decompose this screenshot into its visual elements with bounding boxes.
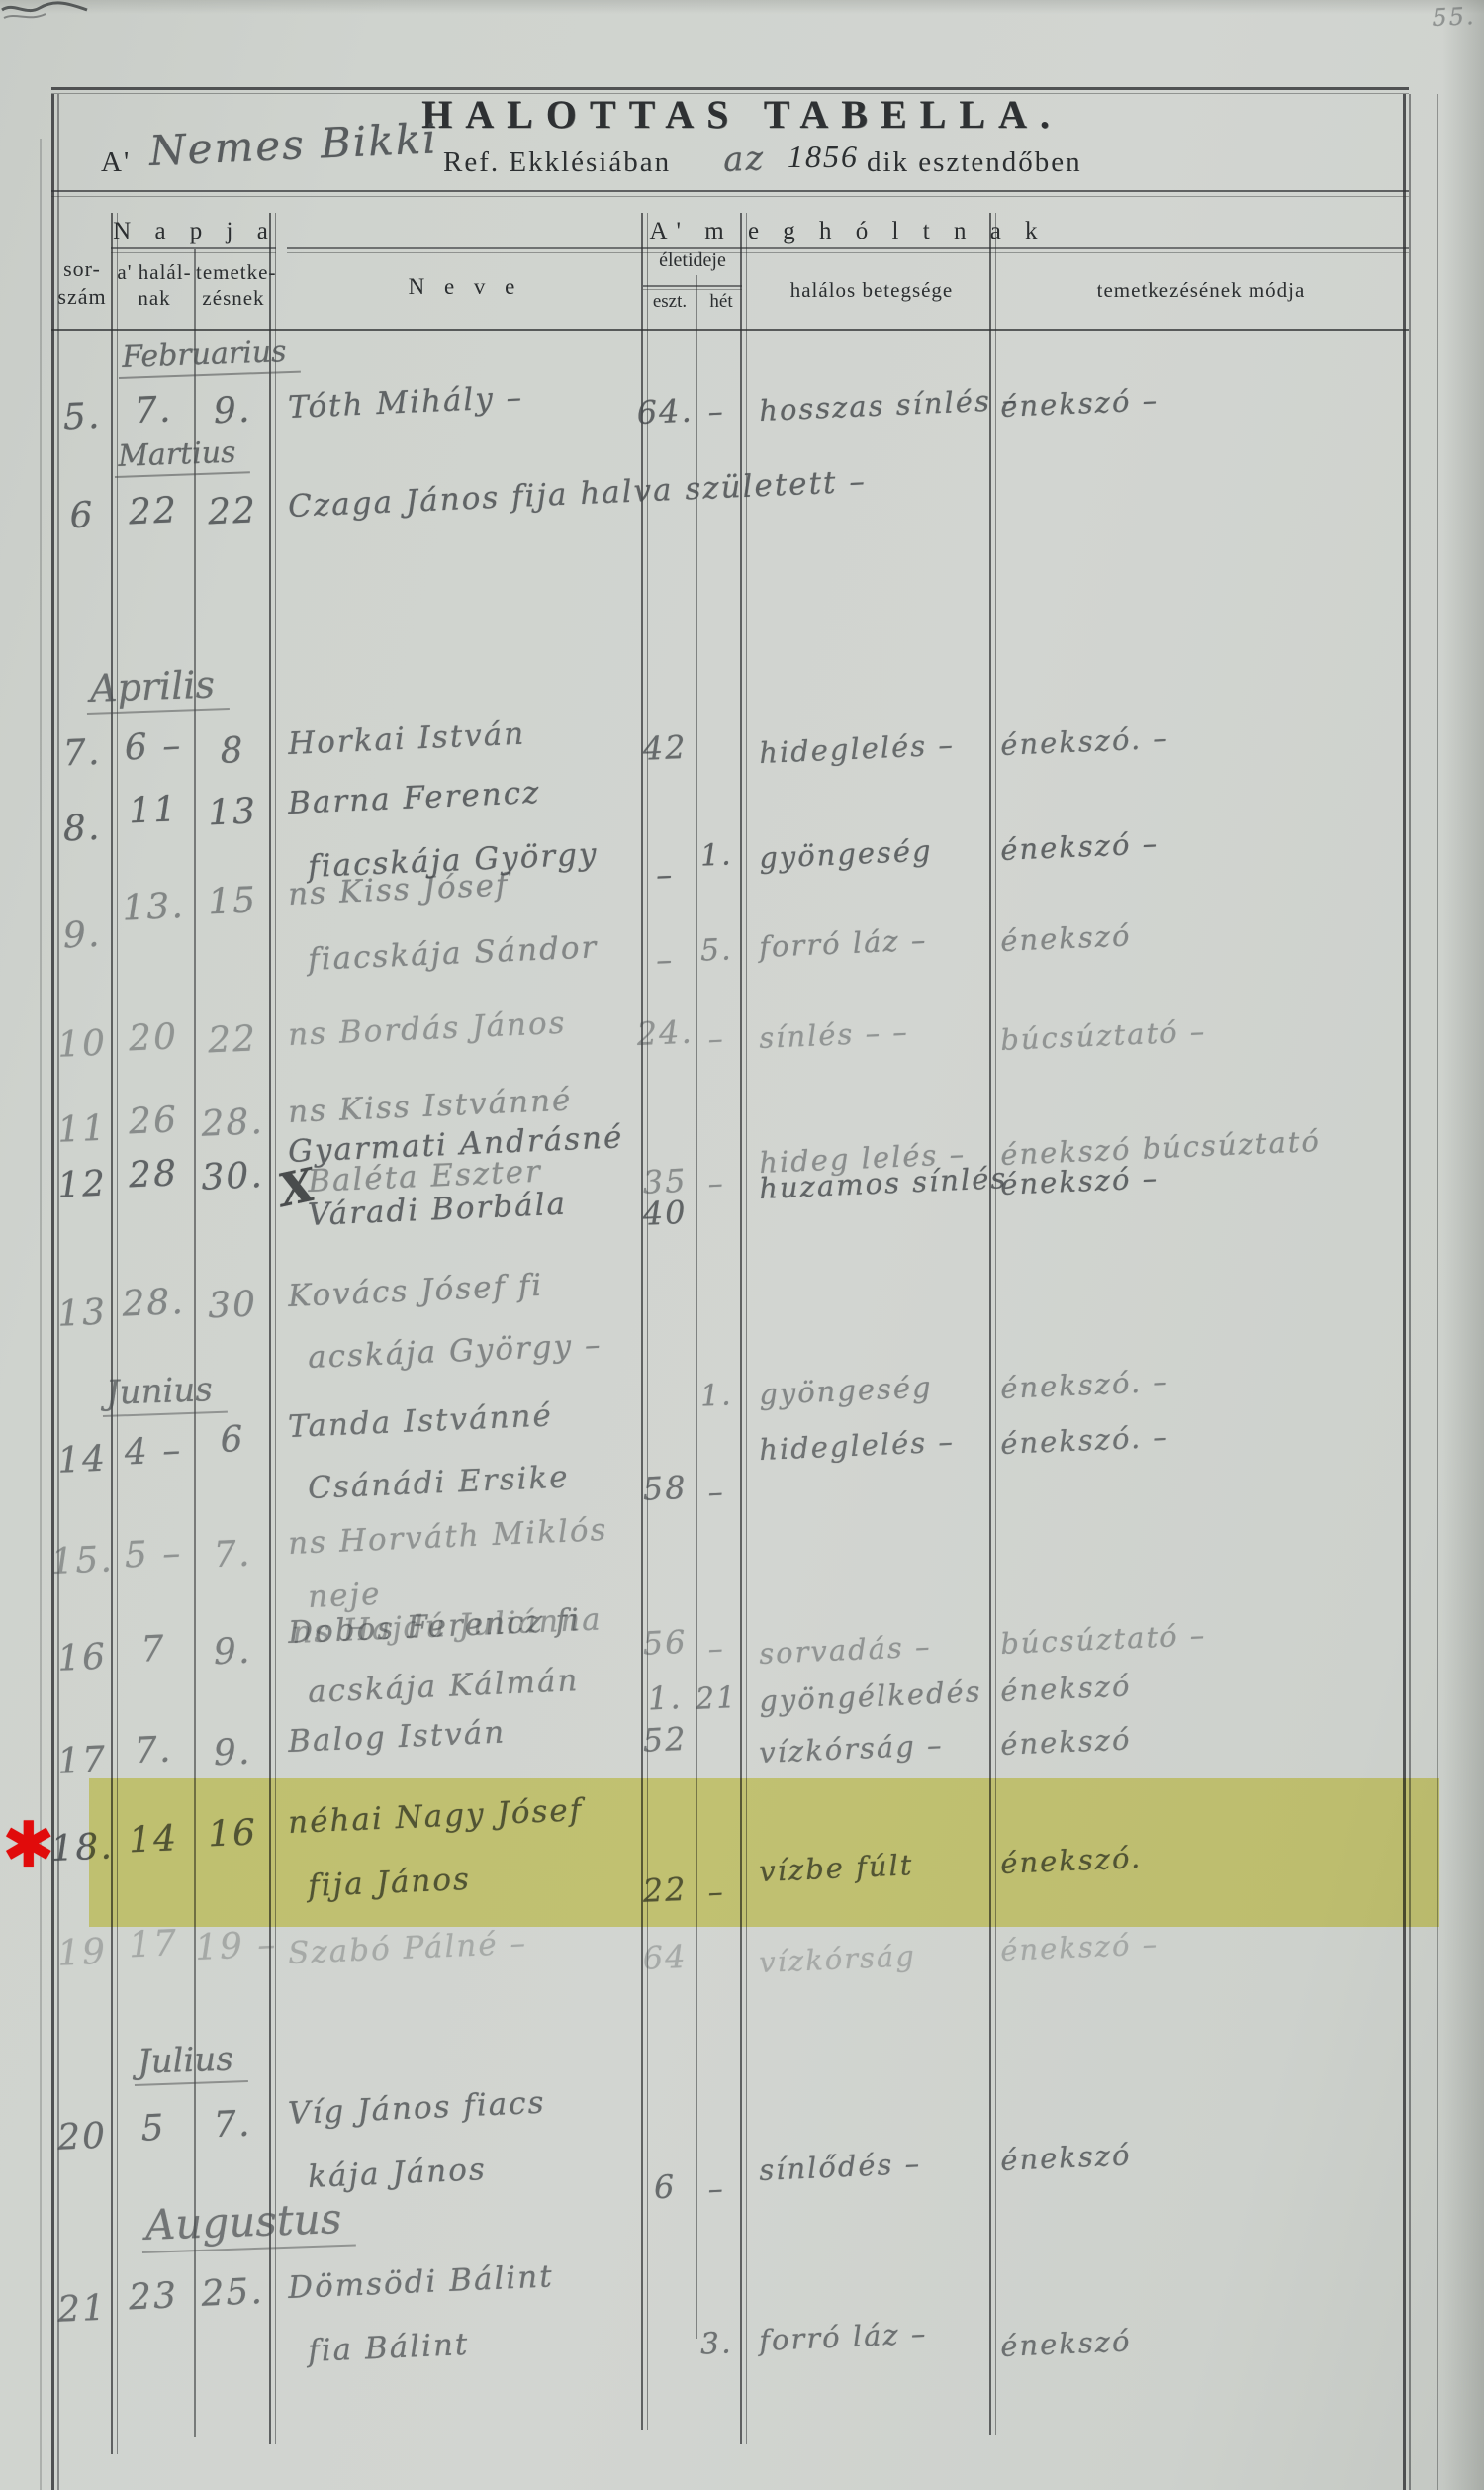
header-temetkezes-modja: temetkezésének módja: [999, 277, 1403, 303]
header-neve: N e v e: [289, 273, 641, 302]
highlight-row-18[interactable]: [89, 1778, 1439, 1927]
header-het: hét: [698, 291, 744, 313]
red-asterisk-marker: ✱: [2, 1809, 55, 1882]
scanned-register-page: 55. HALOTTAS TABELLA. A' Nemes Bikki Ref…: [0, 0, 1484, 2490]
header-betegseg: halálos betegsége: [754, 277, 989, 303]
header-temetkezes-nap: temetke-zésnek: [196, 259, 271, 312]
header-halal-nap: a' halál-nak: [115, 259, 194, 312]
header-eszt: eszt.: [643, 291, 696, 313]
header-sorszam: sor-szám: [47, 255, 117, 310]
subtitle-suffix: dik esztendőben: [867, 146, 1082, 179]
subtitle-prefix: A': [101, 146, 131, 179]
subtitle-year: 1856: [788, 139, 859, 175]
header-napja: N a p j a: [113, 218, 277, 245]
header-megholtnak: A' m e g h ó l t n a k: [287, 218, 1409, 245]
subtitle-place-handwritten: Nemes Bikki: [148, 114, 439, 175]
subtitle-az-handwritten: az: [722, 139, 766, 180]
header-eletideje: életideje: [643, 249, 742, 272]
subtitle-church: Ref. Ekklésiában: [443, 146, 671, 179]
